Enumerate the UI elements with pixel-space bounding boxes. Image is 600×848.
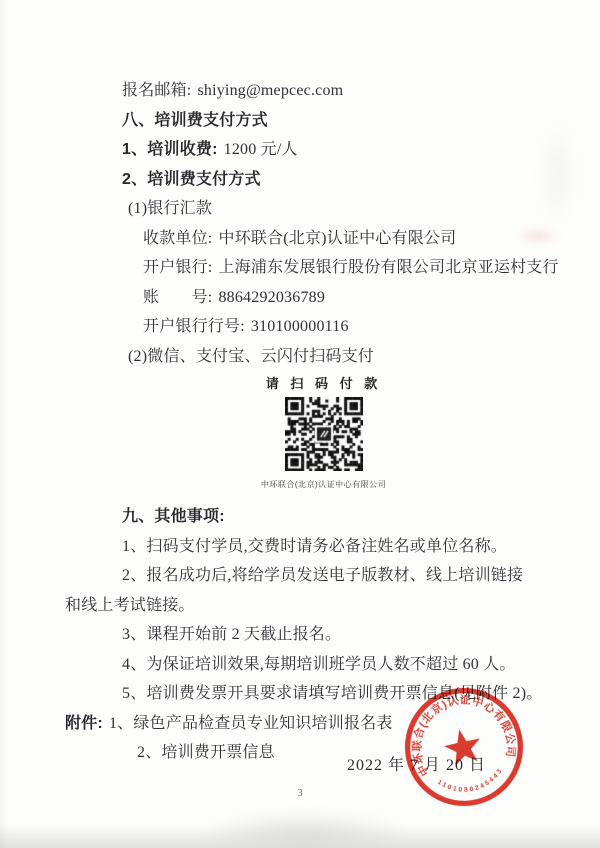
- attachments-label: 附件:: [65, 715, 103, 732]
- bank-row-bank: 开户银行:上海浦东发展银行股份有限公司北京亚运村支行: [143, 253, 582, 283]
- payment-qr-code: [285, 397, 363, 471]
- bank-row-banknumber: 开户银行行号:310100000116: [143, 312, 582, 342]
- attachment-1: 1、绿色产品检查员专业知识培训报名表: [109, 715, 393, 732]
- account-label: 账 号:: [143, 289, 212, 306]
- email-line: 报名邮箱:shiying@mepcec.com: [122, 76, 582, 106]
- qr-caption: 中环联合(北京)认证中心有限公司: [65, 479, 582, 490]
- account-value: 8864292036789: [218, 289, 325, 306]
- section8-title: 八、培训费支付方式: [122, 106, 582, 136]
- document-body: 报名邮箱:shiying@mepcec.com 八、培训费支付方式 1、培训收费…: [65, 76, 582, 768]
- email-value: shiying@mepcec.com: [197, 82, 343, 99]
- qr-title: 请 扫 码 付 款: [65, 374, 582, 392]
- bank-label: 开户银行:: [143, 259, 212, 276]
- scan-shadow-bottom: [0, 824, 600, 848]
- banknumber-label: 开户银行行号:: [143, 318, 245, 335]
- other-item-1: 1、扫码支付学员,交费时请务必备注姓名或单位名称。: [122, 532, 582, 562]
- document-page: 报名邮箱:shiying@mepcec.com 八、培训费支付方式 1、培训收费…: [0, 0, 600, 848]
- bank-value: 上海浦东发展银行股份有限公司北京亚运村支行: [218, 259, 558, 276]
- fee-label: 1、培训收费:: [122, 141, 218, 158]
- scan-shadow-left: [0, 0, 10, 848]
- bank-row-payee: 收款单位:中环联合(北京)认证中心有限公司: [143, 224, 582, 254]
- fee-value: 1200 元/人: [224, 141, 298, 158]
- payee-label: 收款单位:: [143, 230, 212, 247]
- bank-row-account: 账 号:8864292036789: [143, 283, 582, 313]
- other-item-2: 2、报名成功后,将给学员发送电子版教材、线上培训链接: [122, 561, 582, 591]
- method-line: 2、培训费支付方式: [122, 165, 582, 195]
- qr-payment-block: 请 扫 码 付 款 中环联合(北京)认证中心有限公司: [65, 374, 582, 492]
- scan-heading: (2)微信、支付宝、云闪付扫码支付: [128, 342, 582, 372]
- scan-smudge-blob: [200, 810, 410, 848]
- seal-company-arc: 中环联合(北京)认证中心有限公司: [399, 683, 521, 780]
- other-item-2-cont: 和线上考试链接。: [65, 591, 582, 621]
- email-label: 报名邮箱:: [122, 82, 191, 99]
- banknumber-value: 310100000116: [251, 318, 349, 335]
- official-seal: 中环联合(北京)认证中心有限公司 1101080245443: [389, 672, 538, 821]
- seal-star: [441, 726, 484, 768]
- payee-value: 中环联合(北京)认证中心有限公司: [218, 230, 456, 247]
- fee-line: 1、培训收费:1200 元/人: [122, 135, 582, 165]
- other-item-3: 3、课程开始前 2 天截止报名。: [122, 620, 582, 650]
- bank-heading: (1)银行汇款: [128, 194, 582, 224]
- section9-title: 九、其他事项:: [122, 502, 582, 532]
